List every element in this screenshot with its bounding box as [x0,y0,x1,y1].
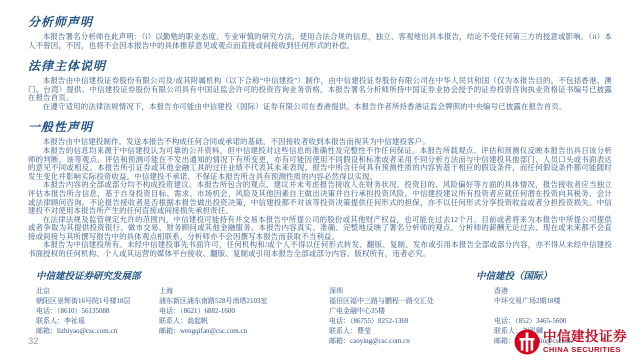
analyst-statement-title: 分析师声明 [28,13,612,30]
section-legal-entity: 法律主体说明 本报告由中信建投证券股份有限公司及/或其附属机构（以下合称“中信建… [28,57,612,111]
office-address: 浦东新区浦东南路528号南塔2103室 [159,296,329,306]
general-statement-paragraph: 本报告为中信建投所有。未经中信建投事先书面许可，任何机构和/或个人不得以任何形式… [28,241,612,258]
office-phone: 电话：（86755）8252-1369 [329,316,494,326]
contacts-header: 中信建投证券研究发展部 中信建投（国际） [36,268,612,282]
office-address: 朝阳区景辉街16号院1号楼18层 [36,296,159,306]
legal-entity-paragraph: 本报告由中信建投证券股份有限公司及/或其附属机构（以下合称“中信建投”）制作，由… [28,77,612,103]
office-address: 福田区福中三路与鹏程一路交汇处 [329,296,494,306]
legal-entity-paragraph: 在遵守适用的法律法规情况下，本报告亦可能由中信建投（国际）证券有限公司在香港提供… [28,103,612,112]
office-address: 中环交易广场2期18楼 [494,296,612,306]
office-email: 邮箱：wengqifan@csc.com.cn [159,326,329,336]
general-statement-paragraph: 本报告内容的全部或部分均不构成投资建议。本报告所包含的观点、建议并未考虑报告接收… [28,181,612,215]
page-number: 32 [28,336,39,347]
office-contact: 联系人：翁起帆 [159,316,329,326]
csc-logo-icon [514,329,540,355]
office-city: 深圳 [329,286,494,296]
report-disclaimer-page: 分析师声明 本报告署名分析师在此声明：（i）以勤勉的职业态度、专业审慎的研究方法… [0,0,640,360]
office-shenzhen: 深圳 福田区福中三路与鹏程一路交汇处 广电金融中心35楼 电话：（86755）8… [329,286,494,347]
office-city: 香港 [494,286,612,296]
office-email: 邮箱：caoying@csc.com.cn [329,336,494,346]
analyst-statement-paragraph: 本报告署名分析师在此声明：（i）以勤勉的职业态度、专业审慎的研究方法，使用合法合… [28,33,612,50]
office-email: 邮箱：lizhiyao@csc.com.cn [36,326,159,336]
office-contact: 联系人：李祉瑶 [36,316,159,326]
office-beijing: 北京 朝阳区景辉街16号院1号楼18层 电话：（8610）56135088 联系… [36,286,159,347]
general-statement-paragraph: 本报告的信息均来源于中信建投认为可靠的公开资料，但中信建投对这些信息的准确性及完… [28,147,612,181]
office-phone: 电话：（8610）56135088 [36,306,159,316]
office-shanghai: 上海 浦东新区浦东南路528号南塔2103室 电话：（8621）6882-160… [159,286,329,347]
section-general-statement: 一般性声明 本报告由中信建投制作。发送本报告不构成任何合同或承诺的基础，不因接收… [28,118,612,258]
company-logo-text: 中信建投证券 CHINA SECURITIES [543,330,627,353]
company-logo: 中信建投证券 CHINA SECURITIES [514,329,627,355]
office-phone: 电话：（852）3465-5600 [494,316,612,326]
legal-entity-title: 法律主体说明 [28,57,612,74]
section-analyst-statement: 分析师声明 本报告署名分析师在此声明：（i）以勤勉的职业态度、专业审慎的研究方法… [28,13,612,50]
office-address-spacer [494,306,612,316]
general-statement-title: 一般性声明 [28,118,612,135]
general-statement-paragraph: 在法律法规及监管规定允许的范围内，中信建投可能持有并交易本报告中所提公司的股份或… [28,216,612,242]
office-address: 广电金融中心35楼 [329,306,494,316]
research-dept-title: 中信建投证券研究发展部 [36,268,476,282]
office-phone: 电话：（8621）6882-1600 [159,306,329,316]
office-city: 上海 [159,286,329,296]
international-title: 中信建投（国际） [476,268,612,282]
company-name-en: CHINA SECURITIES [543,345,627,354]
office-contact: 联系人：曹莹 [329,326,494,336]
company-name-cn: 中信建投证券 [543,330,627,344]
office-city: 北京 [36,286,159,296]
